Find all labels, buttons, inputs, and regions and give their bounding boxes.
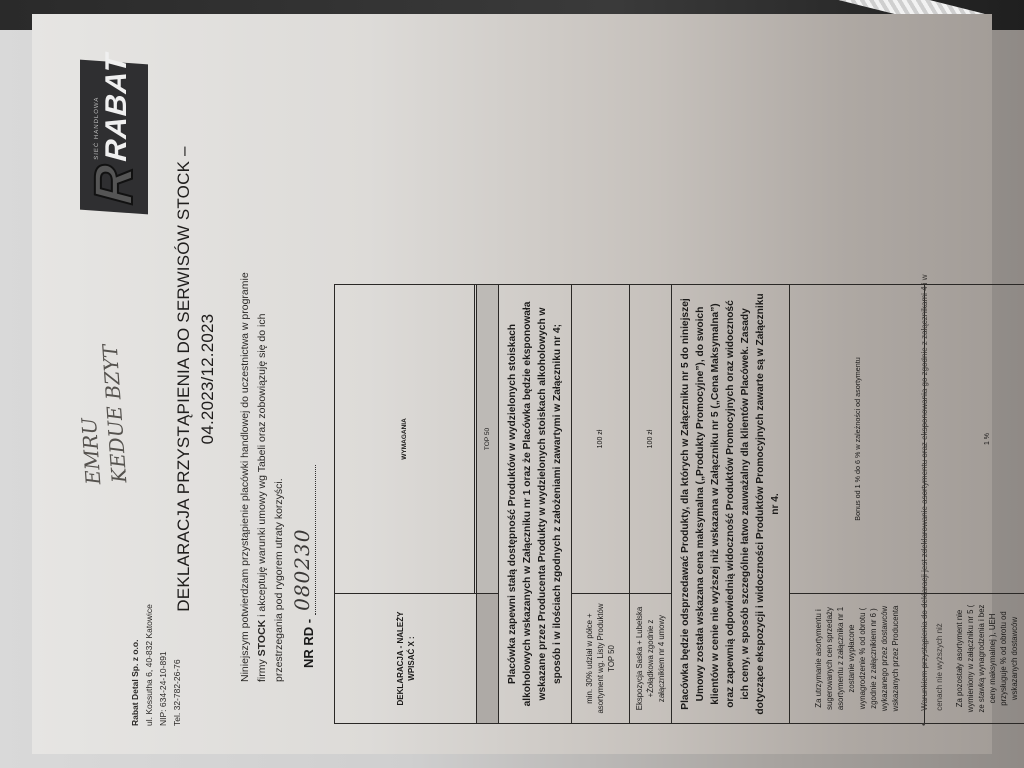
logo-text: SIEĆ HANDLOWA RABAT xyxy=(94,52,134,163)
row-2-condition[interactable]: Ekspozycja Saska + Lubelska +Żołądkowa z… xyxy=(630,594,672,724)
row-3-condition[interactable]: Za utrzymanie asortymentu i sugerowanych… xyxy=(790,594,925,724)
table-section-row: TOP 50 xyxy=(477,285,499,724)
section-top50: TOP 50 xyxy=(477,285,499,594)
requirement-2-text: Placówka będzie odsprzedawać Produkty, d… xyxy=(672,285,790,724)
row-2-value: 100 zł xyxy=(630,285,672,594)
logo-mark-icon: R xyxy=(87,163,141,206)
nr-rd-label: NR RD - xyxy=(301,619,316,668)
document-title: DEKLARACJA PRZYSTĄPIENIA DO SERWISÓW STO… xyxy=(172,34,220,724)
table-header-row: DEKLARACJA - NALEŻY WPISAĆ X : WYMAGANIA xyxy=(335,285,475,724)
table-requirement-row: Placówka zapewni stałą dostępność Produk… xyxy=(499,285,572,724)
title-line-1: DEKLARACJA PRZYSTĄPIENIA DO SERWISÓW STO… xyxy=(172,34,196,724)
intro-paragraph: Niniejszym potwierdzam przystąpienie pla… xyxy=(237,272,288,682)
company-address: ul. Kossutha 6, 40-832 Katowice xyxy=(142,604,156,726)
title-line-2: 04.2023/12.2023 xyxy=(196,34,220,724)
intro-bold-stock: STOCK xyxy=(256,620,268,657)
photo-frame: R SIEĆ HANDLOWA RABAT Rabat Detal Sp. z … xyxy=(0,0,1024,768)
document-page: R SIEĆ HANDLOWA RABAT Rabat Detal Sp. z … xyxy=(32,14,992,754)
company-nip: NIP: 634-24-10-891 xyxy=(156,604,170,726)
nr-rd-field: NR RD - 080230 xyxy=(300,465,316,668)
logo-brand: RABAT xyxy=(100,52,134,162)
nr-rd-handwritten-value: 080230 xyxy=(290,529,314,611)
header-declaration-cell: DEKLARACJA - NALEŻY WPISAĆ X : xyxy=(335,594,477,724)
row-1-value: 100 zł xyxy=(572,285,630,594)
company-name: Rabat Detal Sp. z o.o. xyxy=(128,604,142,726)
row-3-value: Bonus od 1 % do 6 % w zależności od asor… xyxy=(790,285,925,594)
rabat-logo: R SIEĆ HANDLOWA RABAT xyxy=(80,60,148,215)
table-row: Ekspozycja Saska + Lubelska +Żołądkowa z… xyxy=(630,285,672,724)
section-left-shaded xyxy=(477,594,499,724)
footnote: • Warunkiem przystąpienia do deklaracji … xyxy=(917,266,947,726)
row-1-condition[interactable]: min. 30% udział w półce + asortyment wg.… xyxy=(572,594,630,724)
header-requirements-cell: WYMAGANIA xyxy=(335,285,475,594)
table-row: min. 30% udział w półce + asortyment wg.… xyxy=(572,285,630,724)
footnote-text: Warunkiem przystąpienia do deklaracji je… xyxy=(917,266,947,711)
table-requirement-row: Placówka będzie odsprzedawać Produkty, d… xyxy=(672,285,790,724)
table-row: Za utrzymanie asortymentu i sugerowanych… xyxy=(790,285,925,724)
nr-rd-input-line[interactable]: 080230 xyxy=(300,465,316,615)
requirement-1-text: Placówka zapewni stałą dostępność Produk… xyxy=(499,285,572,724)
bullet-icon: • xyxy=(917,711,947,726)
handwritten-note: EMRU KEDUE BZYT xyxy=(64,242,133,485)
